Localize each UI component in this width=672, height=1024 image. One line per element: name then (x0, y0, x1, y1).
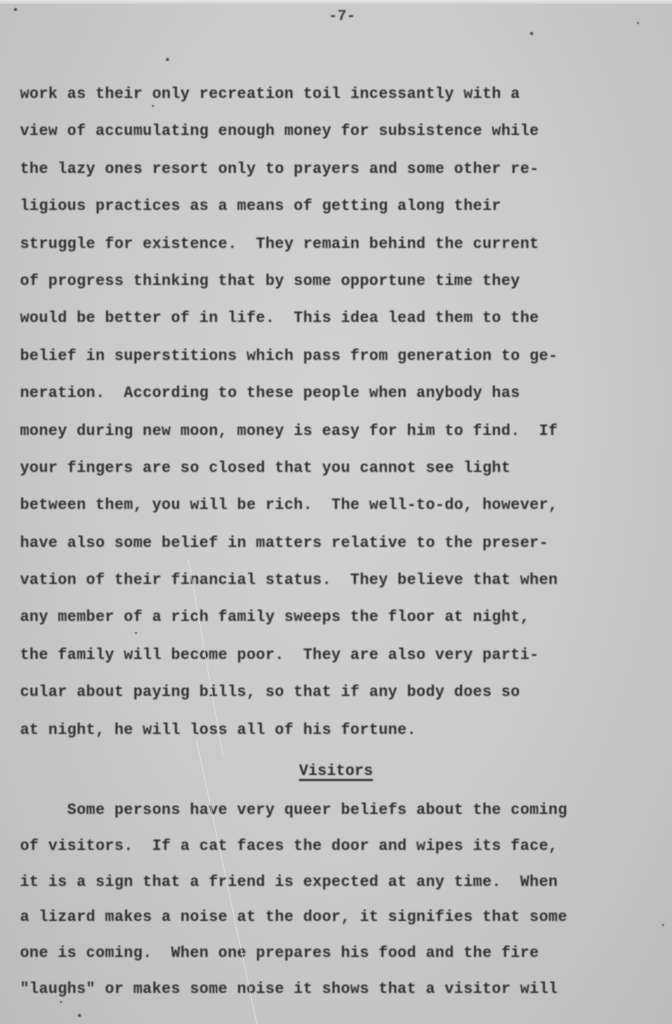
text-line: the lazy ones resort only to prayers and… (20, 151, 558, 188)
text-line: of progress thinking that by some opport… (20, 263, 558, 300)
text-line: ligious practices as a means of getting … (20, 188, 558, 225)
text-line: struggle for existence. They remain behi… (20, 226, 558, 263)
page-top-edge (0, 0, 672, 4)
text-line: one is coming. When one prepares his foo… (20, 936, 567, 972)
text-line: a lizard makes a noise at the door, it s… (20, 900, 567, 936)
scan-speck (60, 1001, 62, 1003)
text-line: view of accumulating enough money for su… (20, 113, 558, 150)
scan-speck (14, 8, 17, 11)
paragraph-visitors: Some persons have very queer beliefs abo… (20, 793, 567, 1008)
text-line: "laughs" or makes some noise it shows th… (20, 972, 567, 1008)
text-line: at night, he will loss all of his fortun… (20, 712, 558, 749)
text-line: your fingers are so closed that you cann… (20, 450, 558, 487)
text-line: it is a sign that a friend is expected a… (20, 865, 567, 901)
scan-speck (78, 1014, 81, 1017)
page-number: -7- (0, 8, 672, 25)
text-line: money during new moon, money is easy for… (20, 413, 558, 450)
scan-speck (662, 924, 664, 926)
text-line: Some persons have very queer beliefs abo… (20, 793, 567, 829)
scan-speck (152, 105, 154, 107)
text-line: any member of a rich family sweeps the f… (20, 599, 558, 636)
text-line: have also some belief in matters relativ… (20, 525, 558, 562)
text-line: vation of their financial status. They b… (20, 562, 558, 599)
text-line: work as their only recreation toil inces… (20, 76, 558, 113)
paragraph-superstitions-wealth: work as their only recreation toil inces… (20, 76, 558, 749)
text-line: neration. According to these people when… (20, 375, 558, 412)
text-line: belief in superstitions which pass from … (20, 338, 558, 375)
section-heading-visitors: Visitors (0, 762, 672, 780)
text-line: the family will become poor. They are al… (20, 637, 558, 674)
scan-speck (135, 632, 137, 634)
scan-speck (530, 32, 533, 35)
text-line: of visitors. If a cat faces the door and… (20, 829, 567, 865)
text-line: between them, you will be rich. The well… (20, 487, 558, 524)
scan-speck (637, 22, 639, 24)
text-line: would be better of in life. This idea le… (20, 300, 558, 337)
section-heading-text: Visitors (299, 762, 373, 780)
text-line: cular about paying bills, so that if any… (20, 674, 558, 711)
scanned-page: -7- work as their only recreation toil i… (0, 0, 672, 1024)
scan-speck (166, 58, 169, 61)
